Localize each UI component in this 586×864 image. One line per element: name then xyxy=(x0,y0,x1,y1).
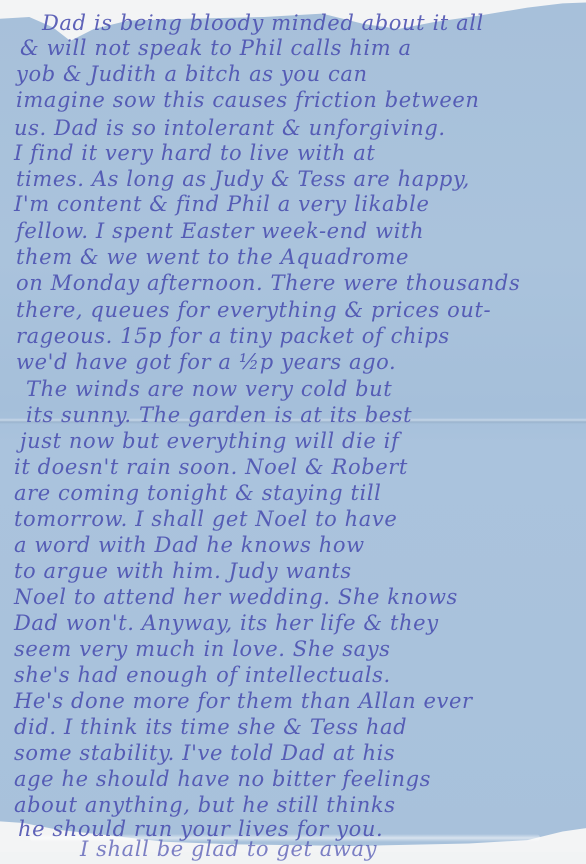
letter-line-torn: I shall be glad to get away xyxy=(80,834,377,852)
letter-line: we'd have got for a ½p years ago. xyxy=(16,347,396,377)
letter-line: on Monday afternoon. There were thousand… xyxy=(16,268,520,298)
letter-line: imagine sow this causes friction between xyxy=(16,85,480,115)
letter-line: I'm content & find Phil a very likable xyxy=(14,189,429,219)
scanned-page: Dad is being bloody minded about it all … xyxy=(0,0,586,852)
